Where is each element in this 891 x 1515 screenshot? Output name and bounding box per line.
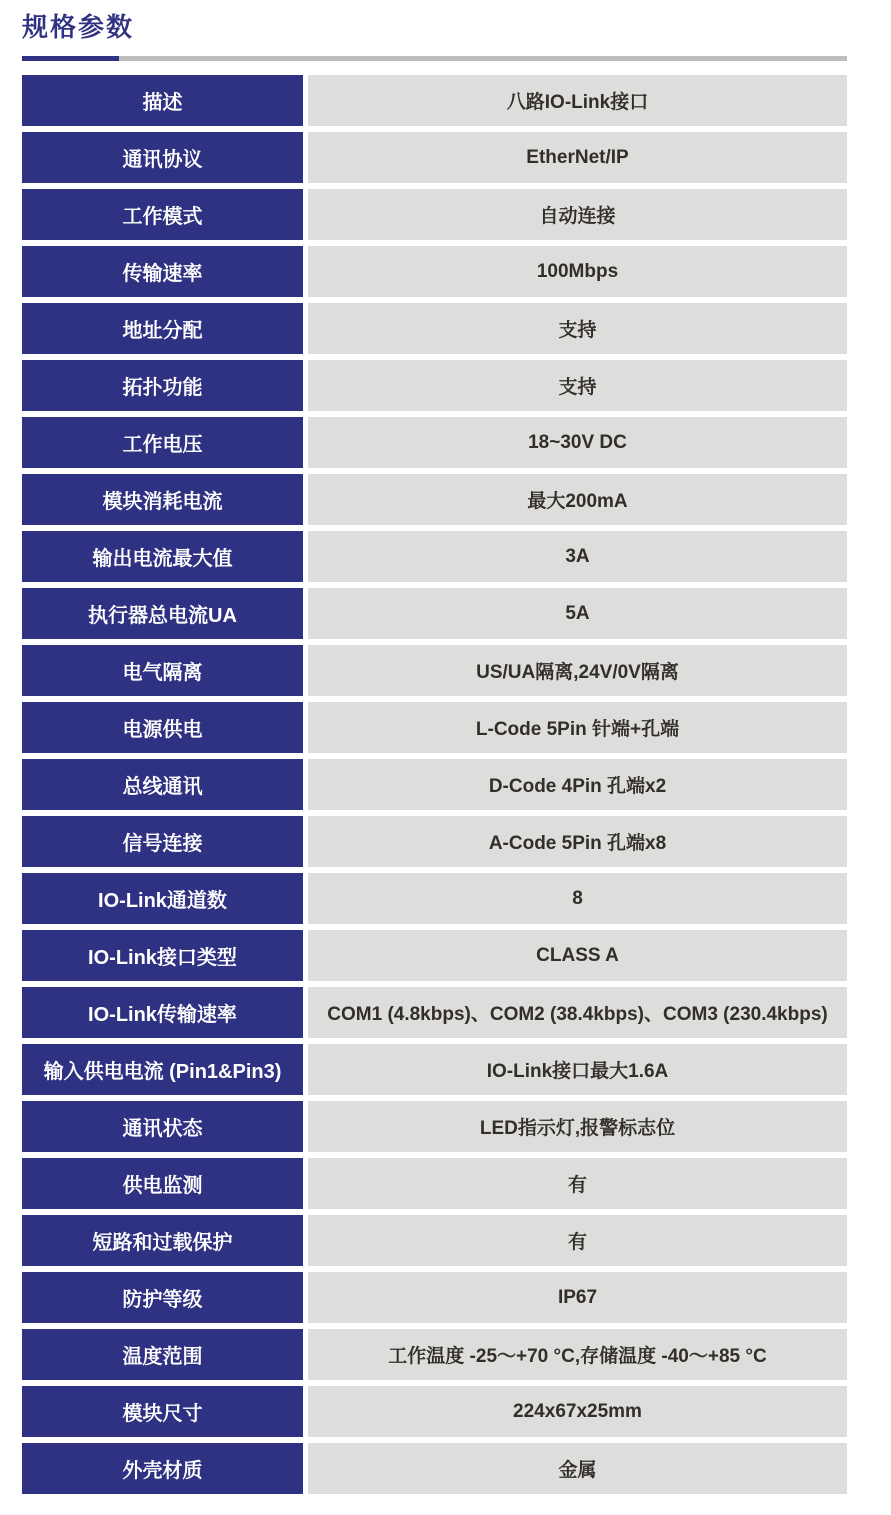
spec-value: 100Mbps: [308, 246, 847, 297]
spec-table: 描述 八路IO-Link接口 通讯协议 EtherNet/IP 工作模式 自动连…: [22, 75, 847, 1494]
spec-label: 地址分配: [22, 303, 303, 354]
table-row: IO-Link通道数 8: [22, 873, 847, 924]
spec-value: 支持: [308, 360, 847, 411]
spec-label: 模块消耗电流: [22, 474, 303, 525]
table-row: 信号连接 A-Code 5Pin 孔端x8: [22, 816, 847, 867]
table-row: 温度范围 工作温度 -25～+70 °C,存储温度 -40～+85 °C: [22, 1329, 847, 1380]
table-row: IO-Link接口类型 CLASS A: [22, 930, 847, 981]
spec-value: EtherNet/IP: [308, 132, 847, 183]
table-row: 通讯状态 LED指示灯,报警标志位: [22, 1101, 847, 1152]
spec-label: 信号连接: [22, 816, 303, 867]
table-row: 输出电流最大值 3A: [22, 531, 847, 582]
spec-value: 最大200mA: [308, 474, 847, 525]
spec-value: A-Code 5Pin 孔端x8: [308, 816, 847, 867]
spec-label: 温度范围: [22, 1329, 303, 1380]
spec-value: 3A: [308, 531, 847, 582]
spec-value: CLASS A: [308, 930, 847, 981]
spec-value: 支持: [308, 303, 847, 354]
spec-label: 执行器总电流UA: [22, 588, 303, 639]
title-underline: [22, 56, 847, 61]
spec-label: 外壳材质: [22, 1443, 303, 1494]
spec-value: 自动连接: [308, 189, 847, 240]
table-row: 模块尺寸 224x67x25mm: [22, 1386, 847, 1437]
table-row: 工作电压 18~30V DC: [22, 417, 847, 468]
spec-label: 输入供电电流 (Pin1&Pin3): [22, 1044, 303, 1095]
spec-value: 八路IO-Link接口: [308, 75, 847, 126]
table-row: 传输速率 100Mbps: [22, 246, 847, 297]
spec-label: 输出电流最大值: [22, 531, 303, 582]
table-row: 模块消耗电流 最大200mA: [22, 474, 847, 525]
spec-value: 224x67x25mm: [308, 1386, 847, 1437]
spec-label: 总线通讯: [22, 759, 303, 810]
spec-label: 电源供电: [22, 702, 303, 753]
table-row: 地址分配 支持: [22, 303, 847, 354]
spec-value: 金属: [308, 1443, 847, 1494]
spec-value: D-Code 4Pin 孔端x2: [308, 759, 847, 810]
spec-value: 18~30V DC: [308, 417, 847, 468]
spec-label: 工作模式: [22, 189, 303, 240]
spec-label: 电气隔离: [22, 645, 303, 696]
spec-label: 传输速率: [22, 246, 303, 297]
spec-value: 工作温度 -25～+70 °C,存储温度 -40～+85 °C: [308, 1329, 847, 1380]
spec-label: 供电监测: [22, 1158, 303, 1209]
table-row: 外壳材质 金属: [22, 1443, 847, 1494]
table-row: 短路和过载保护 有: [22, 1215, 847, 1266]
spec-value: 8: [308, 873, 847, 924]
spec-label: 描述: [22, 75, 303, 126]
spec-value: IP67: [308, 1272, 847, 1323]
spec-value: COM1 (4.8kbps)、COM2 (38.4kbps)、COM3 (230…: [308, 987, 847, 1038]
table-row: 拓扑功能 支持: [22, 360, 847, 411]
spec-label: 通讯状态: [22, 1101, 303, 1152]
page-title: 规格参数: [22, 12, 847, 43]
table-row: 电气隔离 US/UA隔离,24V/0V隔离: [22, 645, 847, 696]
title-underline-gray-segment: [119, 56, 847, 61]
spec-label: 拓扑功能: [22, 360, 303, 411]
spec-sheet-page: 规格参数 描述 八路IO-Link接口 通讯协议 EtherNet/IP 工作模…: [0, 0, 869, 1494]
spec-value: LED指示灯,报警标志位: [308, 1101, 847, 1152]
spec-value: 5A: [308, 588, 847, 639]
spec-value: US/UA隔离,24V/0V隔离: [308, 645, 847, 696]
spec-label: IO-Link传输速率: [22, 987, 303, 1038]
spec-value: 有: [308, 1158, 847, 1209]
spec-label: IO-Link通道数: [22, 873, 303, 924]
table-row: IO-Link传输速率 COM1 (4.8kbps)、COM2 (38.4kbp…: [22, 987, 847, 1038]
table-row: 供电监测 有: [22, 1158, 847, 1209]
table-row: 工作模式 自动连接: [22, 189, 847, 240]
table-row: 执行器总电流UA 5A: [22, 588, 847, 639]
spec-label: 短路和过载保护: [22, 1215, 303, 1266]
spec-label: 工作电压: [22, 417, 303, 468]
spec-label: 防护等级: [22, 1272, 303, 1323]
table-row: 描述 八路IO-Link接口: [22, 75, 847, 126]
spec-value: IO-Link接口最大1.6A: [308, 1044, 847, 1095]
spec-label: 模块尺寸: [22, 1386, 303, 1437]
table-row: 电源供电 L-Code 5Pin 针端+孔端: [22, 702, 847, 753]
table-row: 防护等级 IP67: [22, 1272, 847, 1323]
table-row: 通讯协议 EtherNet/IP: [22, 132, 847, 183]
title-underline-accent-segment: [22, 56, 119, 61]
table-row: 输入供电电流 (Pin1&Pin3) IO-Link接口最大1.6A: [22, 1044, 847, 1095]
table-row: 总线通讯 D-Code 4Pin 孔端x2: [22, 759, 847, 810]
spec-label: 通讯协议: [22, 132, 303, 183]
spec-value: 有: [308, 1215, 847, 1266]
spec-label: IO-Link接口类型: [22, 930, 303, 981]
spec-value: L-Code 5Pin 针端+孔端: [308, 702, 847, 753]
